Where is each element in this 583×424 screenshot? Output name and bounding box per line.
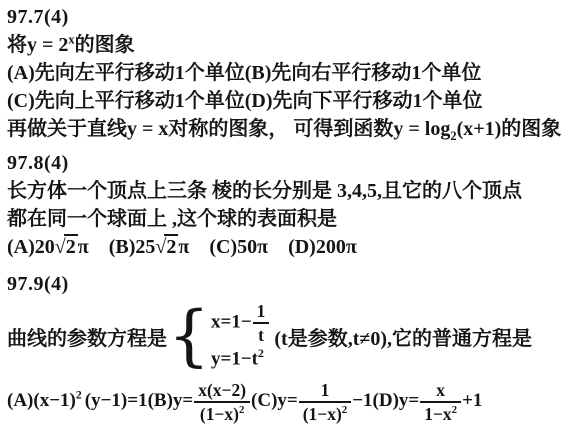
q78-option-a-prefix: (A)20	[7, 236, 55, 258]
exam-page: 97.7(4) 将y = 2x的图象 (A)先向左平行移动1个单位(B)先向右平…	[0, 0, 583, 424]
q79-option-d-suffix: +1	[462, 390, 482, 411]
exponent-2: 2	[239, 404, 244, 416]
q78-option-b: (B)25√2π	[109, 236, 190, 258]
q79-stem-row: 曲线的参数方程是 { x=1−1t y=1−t2 (t是参数,t≠0),它的普通…	[7, 298, 583, 374]
q77-number: 97.7(4)	[7, 3, 583, 31]
fraction-numerator: 1	[253, 301, 270, 324]
radicand: 2	[64, 234, 78, 258]
fraction: x(x−2)(1−x)2	[194, 380, 250, 424]
q79-option-c-suffix: −1	[352, 390, 372, 411]
denominator-base: 1−x	[424, 404, 451, 424]
q79-option-a-prefix: (A)(x−1)	[7, 390, 76, 411]
fraction: 1(1−x)2	[299, 380, 351, 424]
parametric-cases: x=1−1t y=1−t2	[211, 301, 270, 370]
q78-option-b-suffix: π	[178, 236, 189, 258]
q77-option-row-ab: (A)先向左平行移动1个单位(B)先向右平行移动1个单位	[7, 59, 583, 87]
q77-option-row-cd: (C)先向上平行移动1个单位(D)先向下平行移动1个单位	[7, 87, 583, 115]
cases-brace: {	[168, 303, 210, 369]
q79-option-c: (C)y=1(1−x)2−1	[251, 390, 373, 411]
exponent-2: 2	[452, 404, 457, 416]
denominator-base: (1−x)	[200, 404, 239, 424]
fraction-denominator: t	[253, 324, 270, 345]
q78-option-b-prefix: (B)25	[109, 236, 156, 258]
radicand: 2	[164, 234, 178, 258]
q79-option-b: (B)y=x(x−2)(1−x)2	[148, 390, 251, 411]
q79-stem-tail: (t是参数,t≠0),它的普通方程是	[274, 322, 532, 351]
q78-number: 97.8(4)	[7, 149, 583, 177]
param-case-y-lead: y=1−t	[211, 349, 258, 370]
q78-option-row: (A)20√2π (B)25√2π (C)50π (D)200π	[7, 233, 583, 261]
fraction-numerator: x(x−2)	[194, 380, 250, 403]
fraction-numerator: 1	[299, 380, 351, 403]
q79-stem-lead: 曲线的参数方程是	[7, 322, 167, 351]
q79-option-c-prefix: (C)y=	[251, 390, 298, 411]
q78-option-a-suffix: π	[78, 236, 89, 258]
q77-followup: 再做关于直线y = x对称的图象， 可得到函数y = log2(x+1)的图象	[7, 115, 583, 143]
param-case-x-lead: x=1−	[211, 312, 252, 333]
q77-stem-tail: 的图象	[75, 34, 135, 56]
q78-option-a: (A)20√2π	[7, 236, 89, 258]
sqrt-expression: √2	[155, 234, 178, 258]
fraction-denominator: (1−x)2	[299, 403, 351, 424]
sqrt-expression: √2	[55, 234, 78, 258]
q79-option-d-prefix: (D)y=	[373, 390, 420, 411]
q79-option-d: (D)y=x1−x2+1	[373, 390, 483, 411]
q78-option-c: (C)50π	[209, 236, 268, 258]
fraction-numerator: x	[420, 380, 461, 403]
q77-followup-tail: (x+1)的图象	[457, 118, 562, 140]
denominator-base: (1−x)	[303, 404, 342, 424]
q78-stem-line2: 都在同一个球面上 ,这个球的表面积是	[7, 205, 583, 233]
q78-stem-line1: 长方体一个顶点上三条 棱的长分别是 3,4,5,且它的八个顶点	[7, 177, 583, 205]
exponent-2: 2	[342, 404, 347, 416]
q78-option-d: (D)200π	[288, 236, 357, 258]
fraction-denominator: 1−x2	[420, 403, 461, 424]
q79-option-a-suffix: (y−1)=1	[85, 390, 148, 411]
q77-stem: 将y = 2x的图象	[7, 31, 583, 59]
q77-stem-lead: 将y = 2	[7, 34, 68, 56]
fraction: x1−x2	[420, 380, 461, 424]
q79-option-a: (A)(x−1)2(y−1)=1	[7, 390, 148, 411]
fraction-denominator: (1−x)2	[194, 403, 250, 424]
q79-option-b-prefix: (B)y=	[148, 390, 194, 411]
fraction: 1t	[253, 301, 270, 345]
q79-number: 97.9(4)	[7, 270, 583, 298]
param-case-x: x=1−1t	[211, 301, 270, 345]
exponent-2: 2	[258, 347, 264, 360]
q77-followup-lead: 再做关于直线y = x对称的图象， 可得到函数y = log	[7, 118, 450, 140]
q79-option-row: (A)(x−1)2(y−1)=1(B)y=x(x−2)(1−x)2(C)y=1(…	[7, 375, 583, 424]
exponent-2: 2	[76, 389, 82, 402]
param-case-y: y=1−t2	[211, 348, 270, 370]
